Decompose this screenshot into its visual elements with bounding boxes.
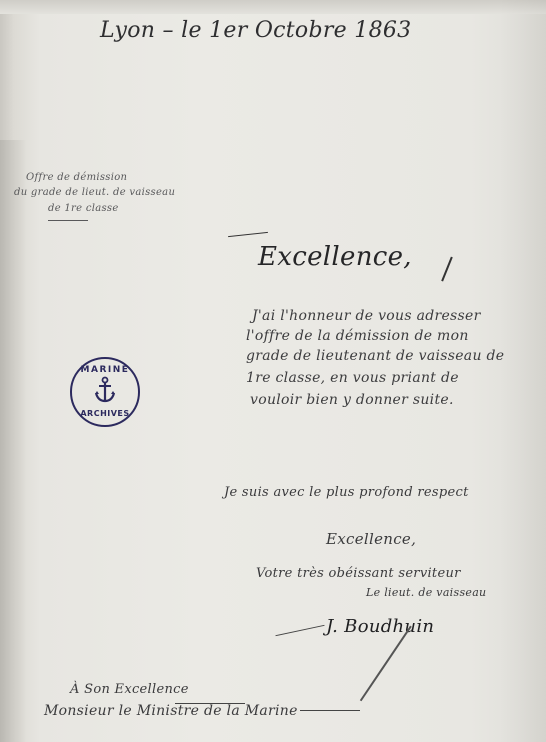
margin-note-underline	[48, 220, 88, 221]
body-line-1: J'ai l'honneur de vous adresser	[252, 308, 481, 324]
date-line: Lyon – le 1er Octobre 1863	[100, 18, 411, 43]
anchor-icon	[94, 376, 116, 404]
body-line-3: grade de lieutenant de vaisseau de	[246, 348, 504, 364]
margin-note-line-3: de 1re classe	[48, 203, 119, 214]
salutation-comma-stroke	[441, 257, 452, 282]
body-line-4: 1re classe, en vous priant de	[246, 370, 459, 386]
page-top-edge	[0, 0, 546, 14]
salutation-flourish	[228, 232, 268, 237]
closing-line-1: Je suis avec le plus profond respect	[224, 485, 469, 500]
margin-note-line-2: du grade de lieut. de vaisseau	[14, 187, 175, 198]
stamp-top-text: MARINE	[72, 365, 138, 375]
marine-archives-stamp: MARINE ARCHIVES	[70, 357, 140, 427]
binding-shadow	[0, 140, 26, 742]
closing-line-4: Le lieut. de vaisseau	[366, 586, 486, 599]
signature-lead-stroke	[275, 625, 324, 636]
stamp-bottom-text: ARCHIVES	[72, 409, 138, 418]
salutation: Excellence,	[258, 242, 412, 272]
closing-line-3: Votre très obéissant serviteur	[256, 566, 461, 581]
body-line-5: vouloir bien y donner suite.	[250, 392, 454, 408]
page-fold-shadow	[500, 0, 546, 742]
address-underline-2	[300, 710, 360, 711]
letter-page: Lyon – le 1er Octobre 1863 Offre de démi…	[0, 0, 546, 742]
address-line-2: Monsieur le Ministre de la Marine	[44, 703, 298, 719]
signature: J. Boudhuin	[326, 616, 434, 637]
body-line-2: l'offre de la démission de mon	[246, 328, 469, 344]
closing-line-2: Excellence,	[326, 530, 416, 548]
margin-note-line-1: Offre de démission	[26, 172, 127, 183]
address-line-1: À Son Excellence	[70, 682, 189, 697]
